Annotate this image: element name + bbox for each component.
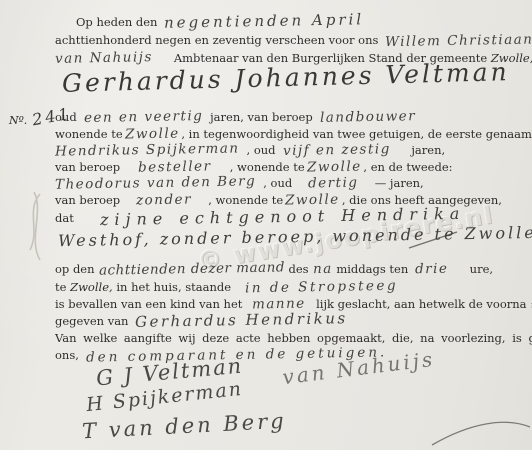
printed-text: Op heden den: [76, 15, 157, 29]
printed-text: is bevallen van een kind van het: [55, 297, 242, 311]
printed-text: , wonende te: [230, 160, 305, 174]
handwritten-residence: Zwolle: [125, 127, 180, 143]
handwritten-witness2-name: Theodorus van den Berg: [55, 174, 256, 193]
printed-text: , oud: [247, 143, 276, 157]
handwritten-street: in de Stropsteeg: [245, 279, 398, 297]
form-line-year-official: achttienhonderd negen en zeventig versch…: [55, 33, 532, 48]
handwritten-declarant-name: Gerhardus Johannes Veltman: [62, 64, 510, 91]
printed-text: — jaren,: [375, 176, 424, 190]
handwritten-witness1-age: vijf en zestig: [282, 142, 390, 159]
birth-certificate-scan: Nº. 241 © www.joopirere.nl Op heden denn…: [0, 0, 532, 450]
handwritten-mother-name: Westhof, zonder beroep, wonende te Zwoll…: [58, 225, 532, 248]
declarant-name-line: Gerhardus Johannes Veltman: [62, 70, 510, 90]
printed-text: , in tegenwoordigheid van twee getuigen,…: [181, 127, 532, 141]
printed-text: oud: [55, 110, 77, 124]
form-line-opening: Op heden dennegentienden April: [76, 14, 372, 30]
printed-text: des: [289, 262, 309, 276]
handwritten-date: negentienden April: [164, 12, 364, 30]
handwritten-birth-day: achttienden dezer maand: [98, 260, 284, 278]
handwritten-mother-intro: zijne echtgenoot Hendrika: [100, 206, 466, 227]
form-line-witness2: Theodorus van den Berg, ouddertig— jaren…: [55, 176, 424, 191]
printed-text: van beroep: [55, 160, 120, 174]
printed-text: Van welke aangifte wij deze acte hebben …: [55, 331, 532, 345]
printed-text: achttienhonderd negen en zeventig versch…: [55, 33, 378, 47]
printed-text: op den: [55, 262, 95, 276]
printed-text: te: [55, 280, 66, 294]
printed-municipality: Zwolle,: [70, 280, 113, 294]
printed-text: dat: [55, 211, 74, 225]
printed-text: ure,: [470, 262, 493, 276]
printed-text: , oud: [263, 176, 292, 190]
form-line-mother-intro: datzijne echtgenoot Hendrika: [55, 209, 472, 226]
handwritten-official-surname: van Nahuijs: [55, 50, 153, 67]
printed-text: lijk geslacht, aan hetwelk de voorna: [316, 297, 526, 311]
handwritten-witness1-occupation: besteller: [138, 159, 212, 175]
handwritten-witness2-age: dertig: [308, 176, 359, 192]
printed-text: van beroep: [55, 193, 120, 207]
form-line-mother-name: Westhof, zonder beroep, wonende te Zwoll…: [58, 229, 532, 246]
handwritten-witness2-occupation: zonder: [136, 193, 192, 209]
form-line-closing1: Van welke aangifte wij deze acte hebben …: [55, 331, 532, 346]
handwritten-child-name: Gerhardus Hendrikus: [135, 311, 348, 330]
act-number-label: Nº.: [9, 114, 27, 127]
printed-text: middags ten: [336, 262, 408, 276]
form-line-birth-datetime: op denachttienden dezer maanddesnamiddag…: [55, 262, 493, 277]
form-line-child-name: gegeven vanGerhardus Hendrikus: [55, 313, 355, 329]
form-line-witness1: Hendrikus Spijkerman, oudvijf en zestigj…: [55, 143, 445, 158]
form-line-birth-place: te Zwolle, in het huis, staandein de Str…: [55, 280, 405, 295]
printed-text: wonende te: [55, 127, 123, 141]
form-line-residence-witnesses: wonende teZwolle, in tegenwoordigheid va…: [55, 127, 532, 142]
printed-text: jaren, van beroep: [210, 110, 313, 124]
signature-witness2: T van den Berg: [82, 409, 288, 444]
handwritten-age: een en veertig: [84, 109, 204, 126]
signature-flourish-stroke: [430, 405, 532, 450]
printed-text: gegeven van: [55, 314, 128, 328]
printed-text: , en de tweede:: [363, 160, 452, 174]
handwritten-official-name: Willem Christiaan Theodorus: [385, 31, 532, 50]
printed-text: ons,: [55, 348, 79, 362]
printed-text: in het huis, staande: [116, 280, 231, 294]
printed-text: , wonende te: [208, 193, 283, 207]
handwritten-residence: Zwolle: [307, 160, 362, 176]
handwritten-daypart: na: [312, 262, 332, 277]
handwritten-hour: drie: [415, 262, 449, 278]
margin-pencil-scribble: [10, 180, 60, 270]
form-line-age-occupation: oudeen en veertigjaren, van beroeplandbo…: [55, 110, 423, 125]
handwritten-witness1-name: Hendrikus Spijkerman: [55, 141, 240, 159]
printed-text: jaren,: [411, 143, 445, 157]
handwritten-occupation: landbouwer: [320, 109, 416, 126]
